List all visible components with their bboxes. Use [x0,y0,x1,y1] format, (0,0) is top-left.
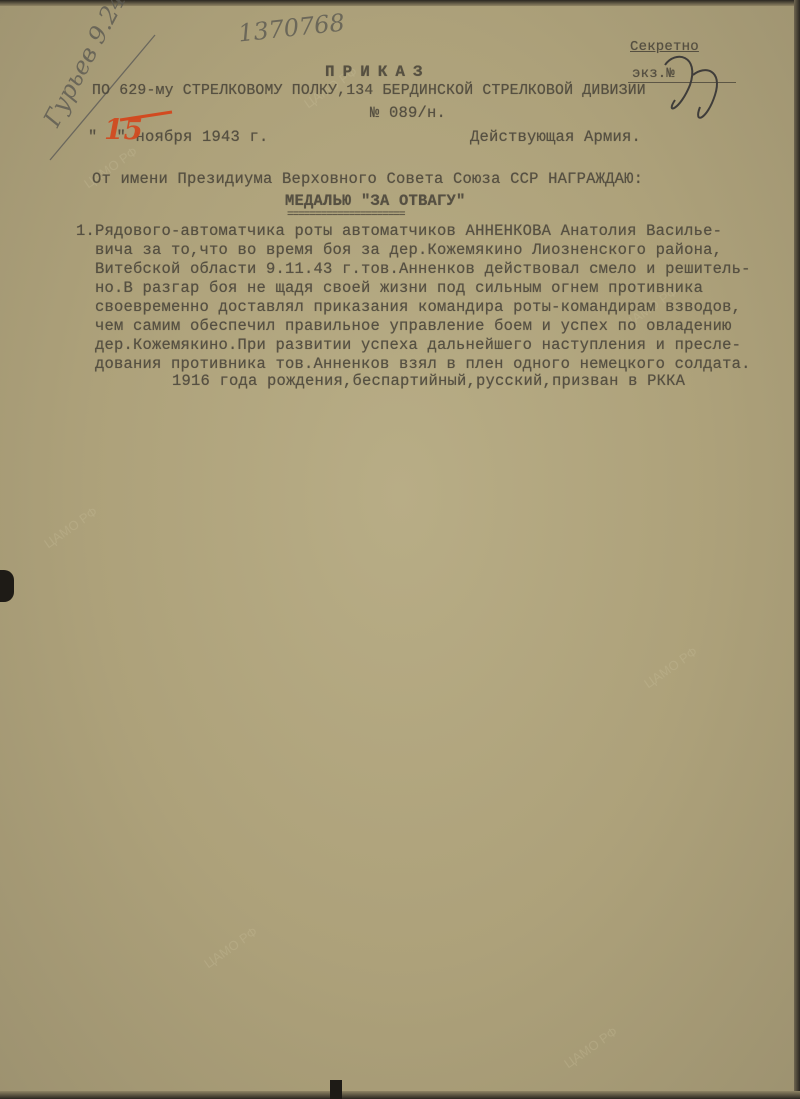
document-entries-main [0,0,800,1099]
